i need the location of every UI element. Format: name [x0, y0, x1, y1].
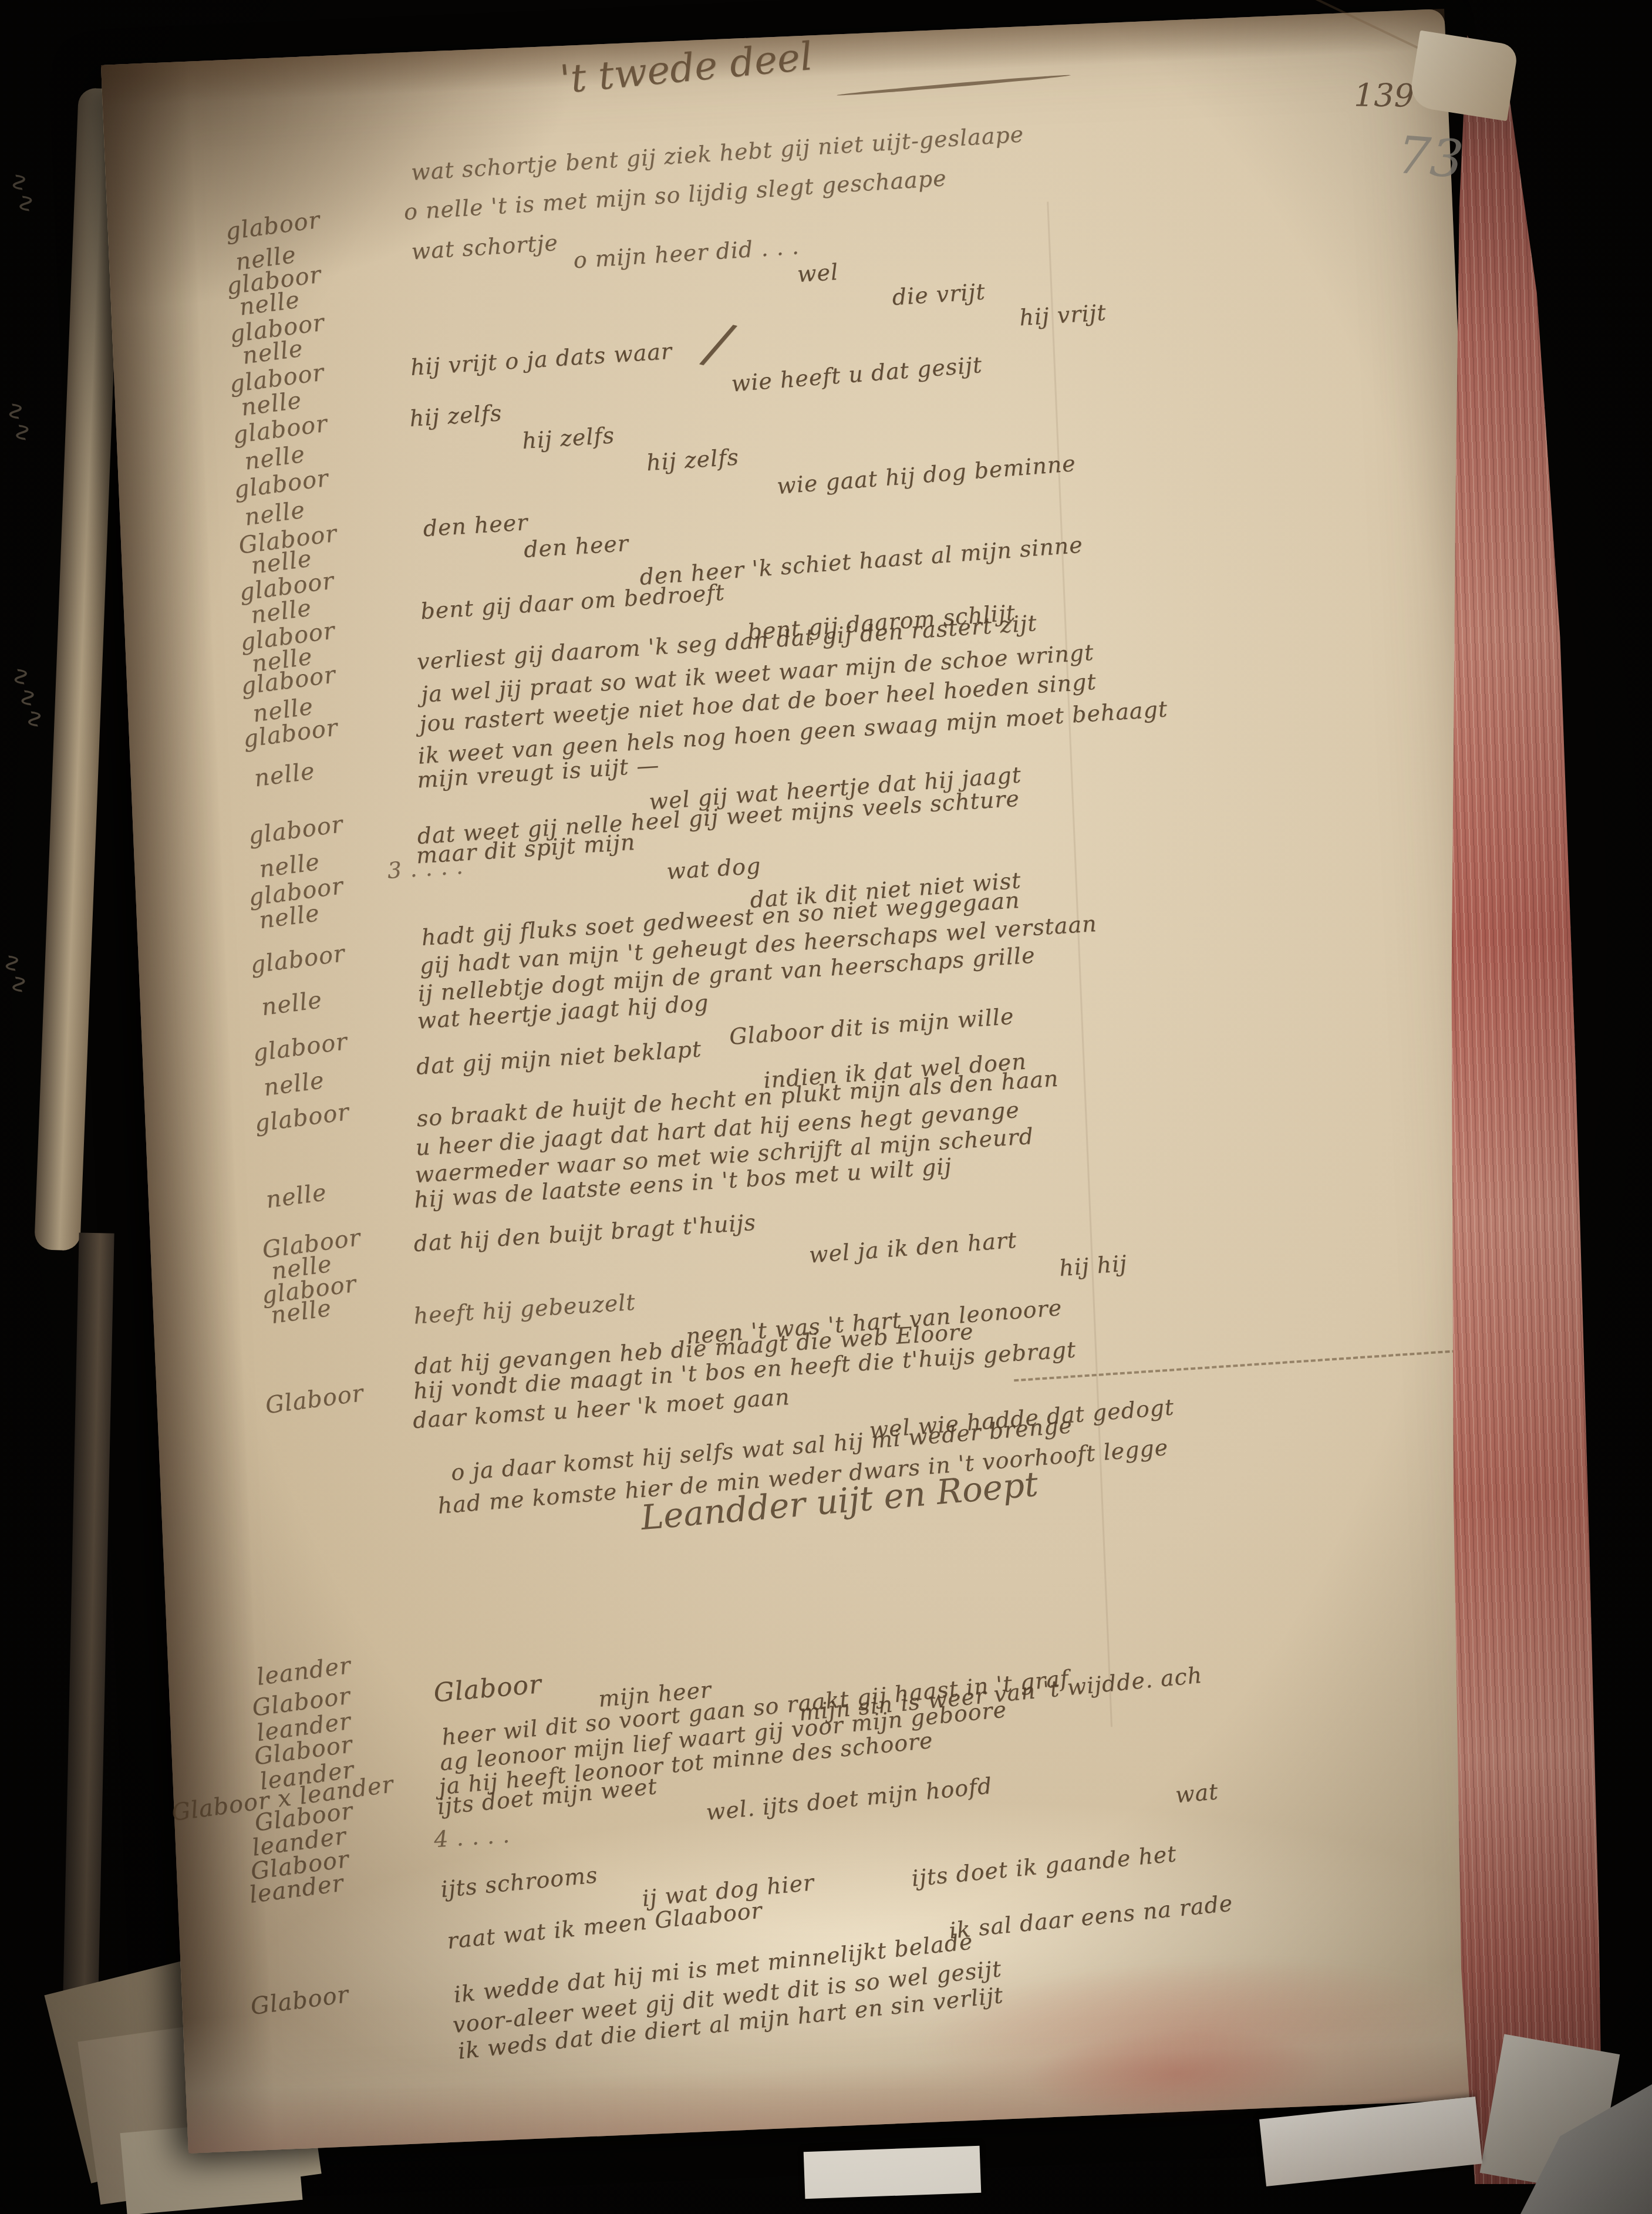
- dialogue-line: wie gaat hij dog beminne: [776, 450, 1077, 499]
- dashed-leader-line: [1014, 1349, 1471, 1382]
- manuscript-page: 't twede deel 139· 73 glaboornelleglaboo…: [101, 9, 1532, 2154]
- dialogue-line: die vrijt: [891, 279, 986, 311]
- dialogue-line: hij hij: [1058, 1251, 1128, 1282]
- dialogue-line: bent gij daar om bedroeft: [420, 579, 726, 624]
- speaker-name: glaboor: [249, 940, 347, 979]
- bleedthrough-mark: ∿∿: [1, 166, 43, 217]
- dialogue-line: heeft hij gebeuzelt: [413, 1289, 636, 1329]
- dialogue-line: Glaboor: [433, 1669, 543, 1708]
- dialogue-line: dat gij mijn niet beklapt: [416, 1036, 703, 1079]
- dialogue-line: hij zelfs: [409, 400, 503, 432]
- vertical-crease-line: [1047, 202, 1112, 1727]
- dialogue-line: /: [702, 309, 736, 378]
- dialogue-line: Glaboor dit is mijn wille: [729, 1003, 1015, 1050]
- dialogue-line: den heer: [523, 530, 629, 562]
- title-underline-flourish: [837, 73, 1071, 97]
- dialogue-line: wel: [797, 259, 840, 287]
- speaker-name: nelle: [260, 986, 324, 1021]
- speaker-name: glaboor: [251, 1028, 349, 1067]
- manuscript-photo: ∿∿∿∿∿∿∿∿∿ 't twede deel 139· 73 glaboorn…: [0, 0, 1652, 2214]
- bottom-paper-slip-1: [804, 2146, 982, 2199]
- dialogue-line: wat dog: [666, 852, 762, 884]
- dialogue-line: hij vrijt o ja dats waar: [410, 338, 673, 380]
- dialogue-line: den heer: [422, 509, 528, 541]
- speaker-name: nelle: [264, 1179, 328, 1214]
- page-number-pencil: 73: [1395, 124, 1466, 190]
- speaker-name: glaboor: [247, 811, 345, 850]
- dialogue-line: wie heeft u dat gesijt: [730, 352, 983, 397]
- dialogue-line: dat hij den buijt bragt t'huijs: [413, 1209, 757, 1257]
- dialogue-line: o mijn heer did . . .: [572, 233, 800, 273]
- bleedthrough-mark: ∿∿: [0, 395, 40, 446]
- dialogue-line: hij zelfs: [521, 422, 615, 454]
- dialogue-line: hij vrijt: [1019, 299, 1107, 331]
- speaker-name: nelle: [252, 757, 316, 792]
- dialogue-line: 4 . . . .: [433, 1822, 511, 1852]
- speaker-name: nelle: [262, 1067, 326, 1101]
- dialogue-line: wel ja ik den hart: [808, 1227, 1017, 1268]
- dialogue-line: wat: [1174, 1778, 1219, 1808]
- dialogue-line: 3 . . . .: [387, 853, 464, 884]
- dialogue-line: hij zelfs: [646, 444, 740, 476]
- speaker-name: glaboor: [253, 1098, 351, 1138]
- speaker-name: Glaboor: [264, 1380, 365, 1419]
